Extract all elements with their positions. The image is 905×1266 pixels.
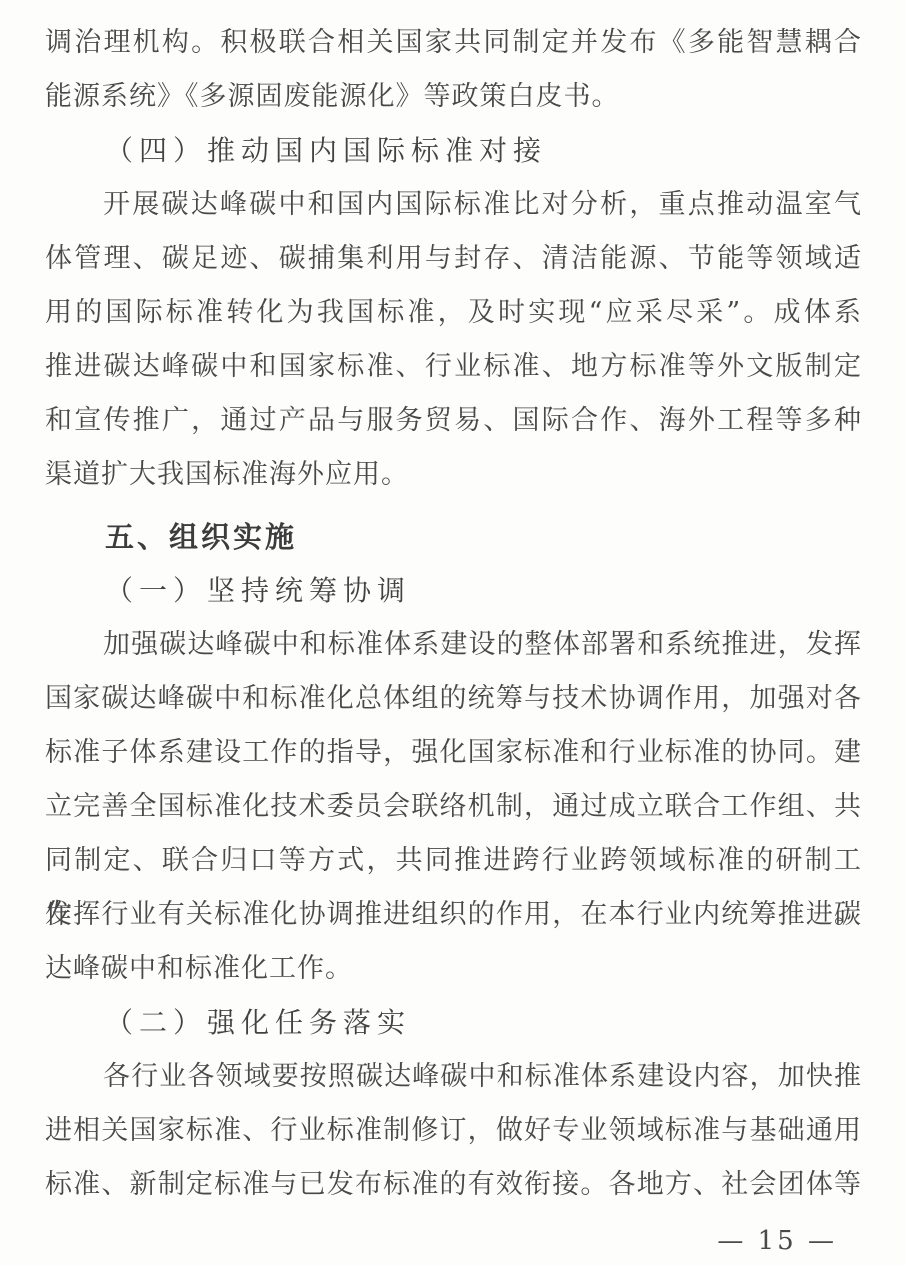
page-number: — 15 — bbox=[717, 1224, 837, 1258]
paragraph-line: 和宣传推广，通过产品与服务贸易、国际合作、海外工程等多种 bbox=[45, 394, 862, 448]
paragraph-line: 推进碳达峰碳中和国家标准、行业标准、地方标准等外文版制定 bbox=[45, 340, 862, 394]
section-heading-5: 五、组织实施 bbox=[45, 510, 862, 564]
paragraph-line: 进相关国家标准、行业标准制修订，做好专业领域标准与基础通用 bbox=[45, 1104, 862, 1158]
paragraph-line: 各行业各领域要按照碳达峰碳中和标准体系建设内容，加快推 bbox=[45, 1050, 862, 1104]
paragraph-line: 达峰碳中和标准化工作。 bbox=[45, 942, 862, 996]
subsection-heading-2: （二）强化任务落实 bbox=[45, 996, 862, 1050]
paragraph-line: 标准子体系建设工作的指导，强化国家标准和行业标准的协同。建 bbox=[45, 726, 862, 780]
paragraph-line: 调治理机构。积极联合相关国家共同制定并发布《多能智慧耦合 bbox=[45, 16, 862, 70]
paragraph-line: 国家碳达峰碳中和标准化总体组的统筹与技术协调作用，加强对各 bbox=[45, 672, 862, 726]
paragraph-line: 立完善全国标准化技术委员会联络机制，通过成立联合工作组、共 bbox=[45, 780, 862, 834]
paragraph-line: 同制定、联合归口等方式，共同推进跨行业跨领域标准的研制工作。 bbox=[45, 834, 862, 888]
document-page: 调治理机构。积极联合相关国家共同制定并发布《多能智慧耦合 能源系统》《多源固废能… bbox=[0, 0, 905, 1266]
document-text: 调治理机构。积极联合相关国家共同制定并发布《多能智慧耦合 能源系统》《多源固废能… bbox=[0, 0, 905, 1212]
paragraph-line: 加强碳达峰碳中和标准体系建设的整体部署和系统推进，发挥 bbox=[45, 618, 862, 672]
subsection-heading-1: （一）坚持统筹协调 bbox=[45, 564, 862, 618]
subsection-heading-4: （四）推动国内国际标准对接 bbox=[45, 124, 862, 178]
paragraph-line: 体管理、碳足迹、碳捕集利用与封存、清洁能源、节能等领域适 bbox=[45, 232, 862, 286]
paragraph-line: 用的国际标准转化为我国标准，及时实现“应采尽采”。成体系 bbox=[45, 286, 862, 340]
paragraph-line: 标准、新制定标准与已发布标准的有效衔接。各地方、社会团体等 bbox=[45, 1158, 862, 1212]
paragraph-line: 开展碳达峰碳中和国内国际标准比对分析，重点推动温室气 bbox=[45, 178, 862, 232]
paragraph-line: 渠道扩大我国标准海外应用。 bbox=[45, 448, 862, 502]
paragraph-line: 能源系统》《多源固废能源化》等政策白皮书。 bbox=[45, 70, 862, 124]
paragraph-line: 发挥行业有关标准化协调推进组织的作用，在本行业内统筹推进碳 bbox=[45, 888, 862, 942]
